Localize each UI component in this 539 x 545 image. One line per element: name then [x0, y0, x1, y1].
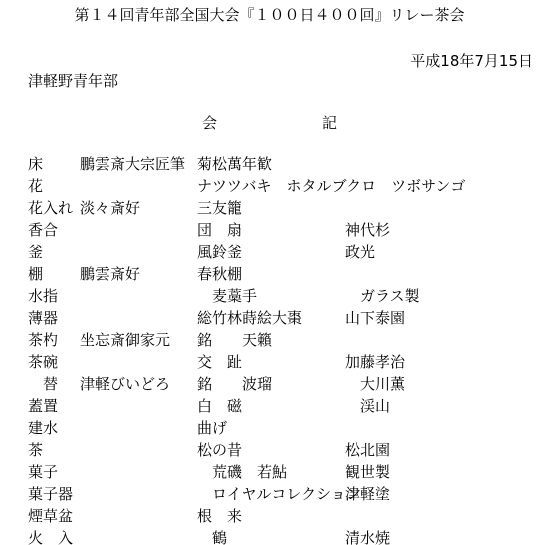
style-cell: 津軽びいどろ	[80, 373, 197, 395]
kaiki-row: 茶松の昔松北園	[28, 439, 539, 461]
item-cell: 煙草盆	[28, 505, 80, 527]
item-cell: 火 入	[28, 527, 80, 545]
kaiki-row: 蓋置白 磁 渓山	[28, 395, 539, 417]
description-cell: 総竹林蒔絵大棗	[197, 307, 345, 329]
item-cell: 水指	[28, 285, 80, 307]
organization-name: 津軽野青年部	[0, 72, 539, 90]
kaiki-row: 棚鵬雲斎好春秋棚	[28, 263, 539, 285]
style-cell: 鵬雲斎好	[80, 263, 197, 285]
item-cell: 替	[28, 373, 80, 395]
item-cell: 花	[28, 175, 80, 197]
item-cell: 蓋置	[28, 395, 80, 417]
description-cell: 銘 波瑠	[197, 373, 345, 395]
description-cell: 菊松萬年歓	[197, 153, 345, 175]
kaiki-row: 床鵬雲斎大宗匠筆菊松萬年歓	[28, 153, 539, 175]
style-cell: 淡々斎好	[80, 197, 197, 219]
item-cell: 茶碗	[28, 351, 80, 373]
item-cell: 菓子器	[28, 483, 80, 505]
document-title: 第１４回青年部全国大会『１００日４００回』リレー茶会	[0, 6, 539, 24]
description-cell: 松の昔	[197, 439, 345, 461]
description-cell: ナツツバキ ホタルブクロ ツボサンゴ	[197, 175, 345, 197]
description-cell: 三友籠	[197, 197, 345, 219]
item-cell: 床	[28, 153, 80, 175]
description-cell: ロイヤルコレクション	[197, 483, 345, 505]
description-cell: 麦藁手	[197, 285, 345, 307]
kaiki-row: 火 入 鶴清水焼	[28, 527, 539, 545]
kaiki-row: 釜風鈴釜政光	[28, 241, 539, 263]
item-cell: 建水	[28, 417, 80, 439]
kaiki-document: 第１４回青年部全国大会『１００日４００回』リレー茶会 平成18年7月15日 津軽…	[0, 6, 539, 545]
maker-cell: 松北園	[345, 439, 390, 461]
kaiki-row: 茶杓坐忘斎御家元銘 天籟	[28, 329, 539, 351]
description-cell: 風鈴釜	[197, 241, 345, 263]
description-cell: 曲げ	[197, 417, 345, 439]
item-cell: 花入れ	[28, 197, 80, 219]
maker-cell: 清水焼	[345, 527, 390, 545]
description-cell: 銘 天籟	[197, 329, 345, 351]
maker-cell: 津軽塗	[345, 483, 390, 505]
item-cell: 菓子	[28, 461, 80, 483]
description-cell: 白 磁	[197, 395, 345, 417]
item-cell: 棚	[28, 263, 80, 285]
style-cell: 坐忘斎御家元	[80, 329, 197, 351]
kaiki-row: 花ナツツバキ ホタルブクロ ツボサンゴ	[28, 175, 539, 197]
item-cell: 香合	[28, 219, 80, 241]
description-cell: 荒磯 若鮎	[197, 461, 345, 483]
maker-cell: 山下泰園	[345, 307, 405, 329]
section-heading-kaiki: 会 記	[0, 114, 539, 132]
kaiki-row: 煙草盆根 来	[28, 505, 539, 527]
item-cell: 茶杓	[28, 329, 80, 351]
document-date: 平成18年7月15日	[0, 52, 539, 70]
item-cell: 釜	[28, 241, 80, 263]
kaiki-row: 茶碗交 趾加藤孝治	[28, 351, 539, 373]
description-cell: 団 扇	[197, 219, 345, 241]
maker-cell: ガラス製	[345, 285, 420, 307]
kaiki-table: 床鵬雲斎大宗匠筆菊松萬年歓花ナツツバキ ホタルブクロ ツボサンゴ花入れ淡々斎好三…	[0, 153, 539, 545]
maker-cell: 観世製	[345, 461, 390, 483]
kaiki-row: 水指 麦藁手 ガラス製	[28, 285, 539, 307]
kaiki-row: 薄器総竹林蒔絵大棗山下泰園	[28, 307, 539, 329]
kaiki-row: 建水曲げ	[28, 417, 539, 439]
item-cell: 薄器	[28, 307, 80, 329]
maker-cell: 政光	[345, 241, 375, 263]
description-cell: 鶴	[197, 527, 345, 545]
kaiki-row: 花入れ淡々斎好三友籠	[28, 197, 539, 219]
maker-cell: 神代杉	[345, 219, 390, 241]
kaiki-row: 替津軽びいどろ銘 波瑠 大川薫	[28, 373, 539, 395]
description-cell: 交 趾	[197, 351, 345, 373]
maker-cell: 渓山	[345, 395, 390, 417]
style-cell: 鵬雲斎大宗匠筆	[80, 153, 197, 175]
kaiki-row: 菓子 荒磯 若鮎観世製	[28, 461, 539, 483]
document-page: { "header": { "title": "第１４回青年部全国大会『１００日…	[0, 0, 539, 545]
item-cell: 茶	[28, 439, 80, 461]
description-cell: 根 来	[197, 505, 345, 527]
kaiki-row: 菓子器 ロイヤルコレクション津軽塗	[28, 483, 539, 505]
maker-cell: 加藤孝治	[345, 351, 405, 373]
maker-cell: 大川薫	[345, 373, 405, 395]
kaiki-row: 香合団 扇神代杉	[28, 219, 539, 241]
description-cell: 春秋棚	[197, 263, 345, 285]
